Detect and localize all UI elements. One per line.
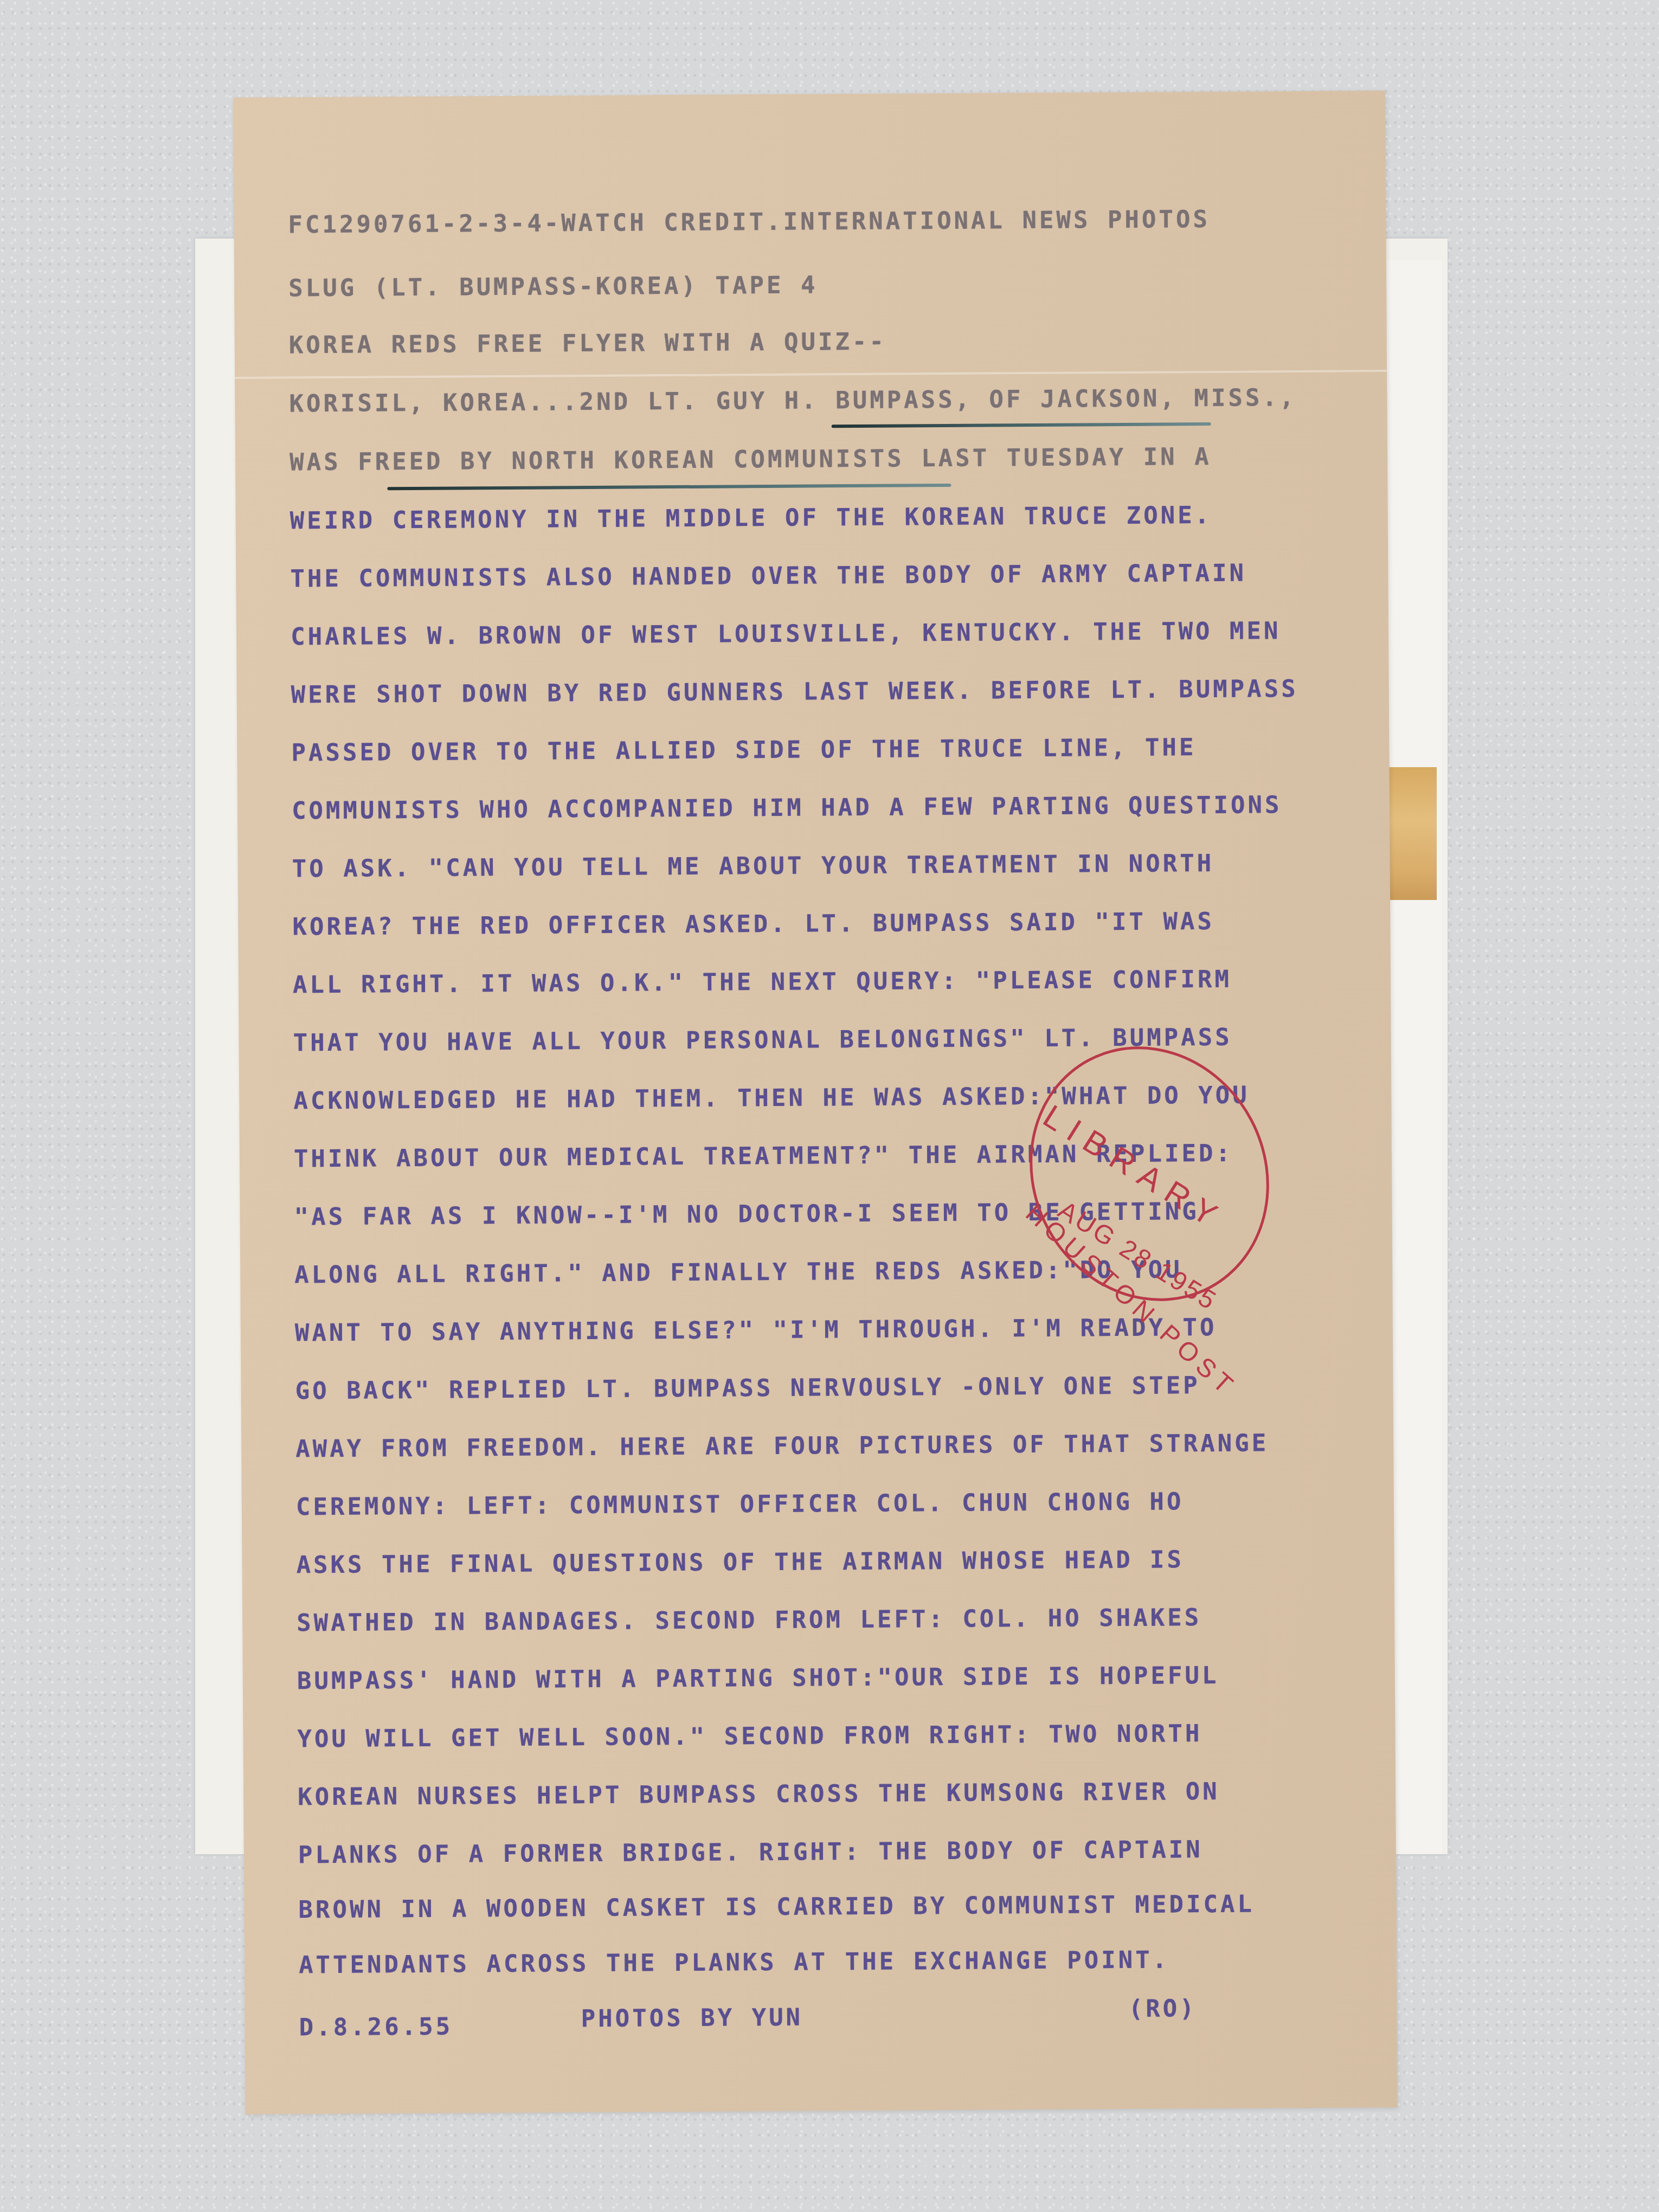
paper-fold-crease [235,370,1387,379]
body-line: ASKS THE FINAL QUESTIONS OF THE AIRMAN W… [296,1546,1184,1579]
body-line: GO BACK" REPLIED LT. BUMPASS NERVOUSLY -… [295,1372,1200,1405]
body-line: YOU WILL GET WELL SOON." SECOND FROM RIG… [297,1720,1202,1753]
body-line: KORISIL, KOREA...2ND LT. GUY H. BUMPASS,… [289,384,1296,417]
footer-date-code: D.8.26.55 [299,2013,453,2042]
body-line: BUMPASS' HAND WITH A PARTING SHOT:"OUR S… [297,1662,1219,1695]
body-line: PLANKS OF A FORMER BRIDGE. RIGHT: THE BO… [298,1836,1203,1869]
body-line: COMMUNISTS WHO ACCOMPANIED HIM HAD A FEW… [292,791,1282,825]
body-line: AWAY FROM FREEDOM. HERE ARE FOUR PICTURE… [295,1429,1269,1463]
body-line: KOREAN NURSES HELPT BUMPASS CROSS THE KU… [298,1778,1220,1811]
body-line: THAT YOU HAVE ALL YOUR PERSONAL BELONGIN… [293,1024,1232,1057]
body-line: CHARLES W. BROWN OF WEST LOUISVILLE, KEN… [291,617,1281,651]
body-line: ALONG ALL RIGHT." AND FINALLY THE REDS A… [294,1256,1182,1289]
header-line-credit: FC1290761-2-3-4-WATCH CREDIT.INTERNATION… [288,205,1210,239]
body-line: WAS FREED BY NORTH KOREAN COMMUNISTS LAS… [290,443,1212,476]
body-line: ATTENDANTS ACROSS THE PLANKS AT THE EXCH… [299,1946,1169,1979]
body-line: WANT TO SAY ANYTHING ELSE?" "I'M THROUGH… [295,1314,1217,1347]
pen-underline [832,422,1211,428]
body-line: KOREA? THE RED OFFICER ASKED. LT. BUMPAS… [292,908,1214,941]
adhesive-tape-strip [1385,767,1437,900]
body-line: SWATHED IN BANDAGES. SECOND FROM LEFT: C… [297,1604,1201,1637]
footer-initials: (RO) [1128,1995,1197,2023]
footer-photo-credit: PHOTOS BY YUN [581,2004,803,2033]
body-line: TO ASK. "CAN YOU TELL ME ABOUT YOUR TREA… [292,850,1214,883]
body-line: THE COMMUNISTS ALSO HANDED OVER THE BODY… [290,560,1246,593]
body-line: WEIRD CEREMONY IN THE MIDDLE OF THE KORE… [290,501,1212,535]
body-line: CEREMONY: LEFT: COMMUNIST OFFICER COL. C… [296,1488,1184,1521]
pen-underline [387,484,951,490]
header-line-headline: KOREA REDS FREE FLYER WITH A QUIZ-- [289,328,886,359]
body-line: PASSED OVER TO THE ALLIED SIDE OF THE TR… [291,734,1196,767]
header-line-slug: SLUG (LT. BUMPASS-KOREA) TAPE 4 [288,271,818,302]
body-line: BROWN IN A WOODEN CASKET IS CARRIED BY C… [298,1891,1255,1924]
body-line: WERE SHOT DOWN BY RED GUNNERS LAST WEEK.… [291,675,1298,709]
body-line: ALL RIGHT. IT WAS O.K." THE NEXT QUERY: … [293,966,1232,999]
